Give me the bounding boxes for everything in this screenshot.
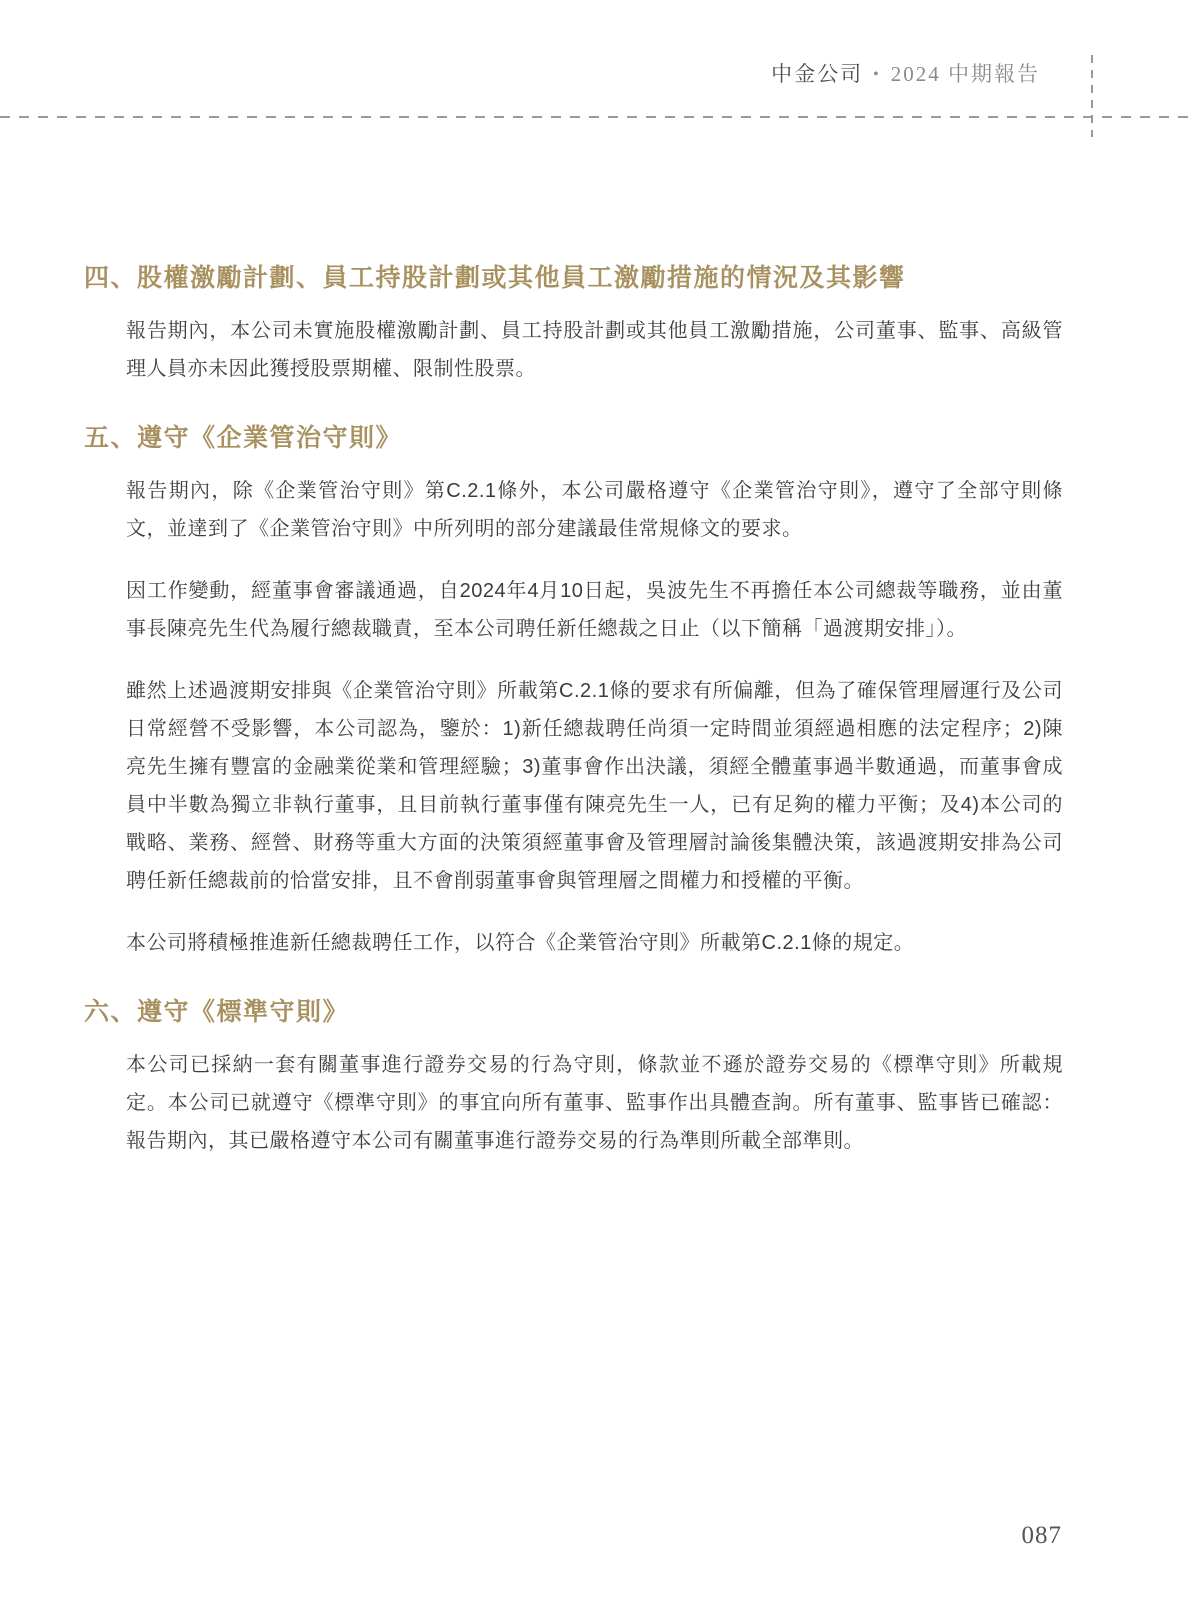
document-body: 四、股權激勵計劃、員工持股計劃或其他員工激勵措施的情況及其影響 報告期內，本公司… (84, 262, 1063, 1160)
report-edition: 2024 中期報告 (891, 62, 1040, 86)
paragraph: 因工作變動，經董事會審議通過，自2024年4月10日起，吳波先生不再擔任本公司總… (126, 572, 1063, 648)
page-number: 087 (1022, 1522, 1063, 1550)
paragraph: 報告期內，本公司未實施股權激勵計劃、員工持股計劃或其他員工激勵措施，公司董事、監… (126, 312, 1063, 388)
paragraph: 本公司將積極推進新任總裁聘任工作，以符合《企業管治守則》所載第C.2.1條的規定… (126, 924, 1063, 962)
vertical-dashed-divider (1091, 55, 1093, 137)
section-corporate-governance-code: 五、遵守《企業管治守則》 報告期內，除《企業管治守則》第C.2.1條外，本公司嚴… (84, 422, 1063, 962)
horizontal-dashed-divider (0, 116, 1190, 118)
section-model-code: 六、遵守《標準守則》 本公司已採納一套有關董事進行證券交易的行為守則，條款並不遜… (84, 996, 1063, 1160)
page-header: 中金公司•2024 中期報告 (771, 58, 1040, 88)
section-incentive-plans: 四、股權激勵計劃、員工持股計劃或其他員工激勵措施的情況及其影響 報告期內，本公司… (84, 262, 1063, 388)
section-heading-4: 四、股權激勵計劃、員工持股計劃或其他員工激勵措施的情況及其影響 (84, 262, 1063, 294)
section-heading-6: 六、遵守《標準守則》 (84, 996, 1063, 1028)
paragraph: 本公司已採納一套有關董事進行證券交易的行為守則，條款並不遜於證券交易的《標準守則… (126, 1046, 1063, 1160)
company-name: 中金公司 (771, 62, 863, 86)
section-heading-5: 五、遵守《企業管治守則》 (84, 422, 1063, 454)
report-page: 中金公司•2024 中期報告 四、股權激勵計劃、員工持股計劃或其他員工激勵措施的… (0, 0, 1190, 1615)
paragraph: 報告期內，除《企業管治守則》第C.2.1條外，本公司嚴格遵守《企業管治守則》，遵… (126, 472, 1063, 548)
paragraph: 雖然上述過渡期安排與《企業管治守則》所載第C.2.1條的要求有所偏離，但為了確保… (126, 672, 1063, 900)
bullet-separator-icon: • (873, 66, 881, 83)
